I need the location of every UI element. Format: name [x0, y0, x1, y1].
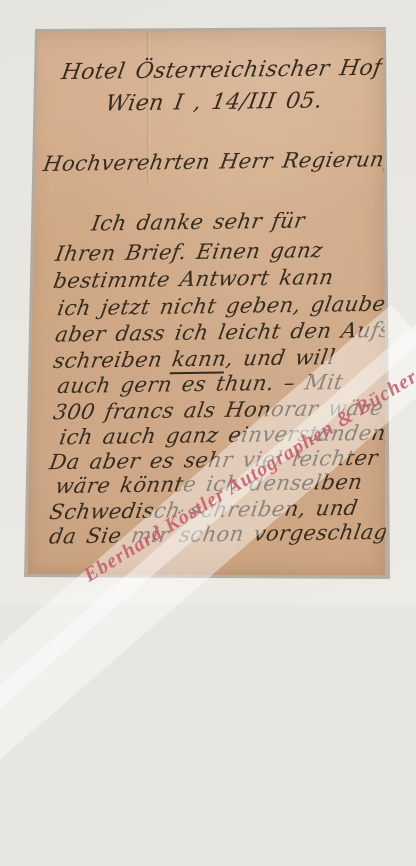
body-line-3: bestimmte Antwort kann	[52, 265, 336, 293]
body-line-2: Ihren Brief. Einen ganz	[54, 238, 325, 266]
body-line-5: aber dass ich leicht den Aufsatz	[54, 317, 416, 346]
text-segment: 300 francs als Honorar wäre	[52, 396, 385, 425]
body-line-8: 300 francs als Honorar wäre	[52, 396, 385, 425]
letterhead-place-date: Wien I , 14/III 05.	[94, 88, 335, 116]
salutation-line: Hochverehrten Herr Regierungsrath:.	[42, 146, 416, 176]
underlined-word: kann	[170, 347, 228, 375]
body-line-1: Ich danke sehr für	[90, 209, 307, 236]
text-segment: aber dass ich leicht den Aufsatz	[54, 317, 416, 346]
text-segment: schreiben	[52, 347, 175, 373]
text-segment: bestimmte Antwort kann	[52, 265, 336, 293]
text-segment: auch gern es thun. – Mit	[56, 370, 345, 398]
text-segment: ich jetzt nicht geben, glaube	[56, 292, 388, 321]
letterhead-hotel: Hotel Österreichischer Hof	[60, 56, 373, 85]
text-segment: , und will	[224, 345, 337, 371]
body-line-13: da Sie mir schon vorgeschlagen	[48, 519, 416, 548]
body-line-6: schreiben kann, und will	[52, 345, 337, 373]
body-line-7: auch gern es thun. – Mit	[56, 370, 345, 398]
text-segment: ich auch ganz einverstanden,	[58, 421, 395, 450]
text-segment: wäre könnte ich denselben	[54, 470, 365, 498]
text-segment: da Sie mir schon vorgeschlagen	[48, 519, 416, 548]
text-segment: Ihren Brief. Einen ganz	[54, 238, 325, 266]
text-segment: Ich danke sehr für	[90, 209, 307, 236]
letter-paper: Hotel Österreichischer Hof Wien I , 14/I…	[0, 0, 416, 605]
photo-background: Hotel Österreichischer Hof Wien I , 14/I…	[0, 0, 416, 605]
body-line-4: ich jetzt nicht geben, glaube	[56, 292, 388, 321]
body-line-11: wäre könnte ich denselben	[54, 470, 365, 498]
body-line-9: ich auch ganz einverstanden,	[58, 421, 395, 450]
